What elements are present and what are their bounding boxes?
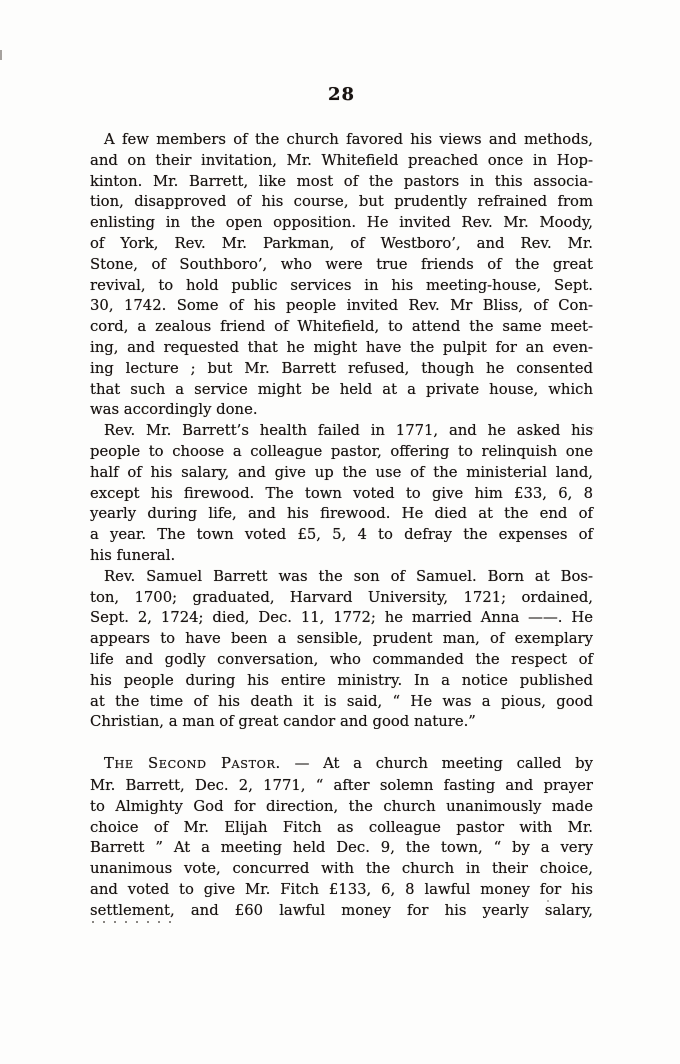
scan-speck <box>547 900 549 902</box>
text-line: tion, disapproved of his course, but pru… <box>90 192 593 213</box>
text-line: ing, and requested that he might have th… <box>90 338 593 359</box>
text-line: Rev. Samuel Barrett was the son of Samue… <box>90 567 593 588</box>
text-line: appears to have been a sensible, prudent… <box>90 629 593 650</box>
text-line: his people during his entire ministry. I… <box>90 671 593 692</box>
text-block: A few members of the church favored his … <box>90 130 593 921</box>
text-line: A few members of the church favored his … <box>90 130 593 151</box>
text-line: THE SECOND PASTOR. — At a church meeting… <box>90 754 593 776</box>
text-line: cord, a zealous friend of Whitefield, to… <box>90 317 593 338</box>
scan-speck <box>0 50 2 60</box>
para-health: Rev. Mr. Barrett’s health failed in 1771… <box>90 421 593 567</box>
section-heading: THE SECOND PASTOR. <box>104 755 281 772</box>
text-line: Rev. Mr. Barrett’s health failed in 1771… <box>90 421 593 442</box>
text-line: people to choose a colleague pastor, off… <box>90 442 593 463</box>
text-line: and voted to give Mr. Fitch £133, 6, 8 l… <box>90 880 593 901</box>
text-line: revival, to hold public services in his … <box>90 276 593 297</box>
text-line: that such a service might be held at a p… <box>90 380 593 401</box>
text-line: 30, 1742. Some of his people invited Rev… <box>90 296 593 317</box>
text-line: of York, Rev. Mr. Parkman, of Westboro’,… <box>90 234 593 255</box>
text-line: life and godly conversation, who command… <box>90 650 593 671</box>
text-line: enlisting in the open opposition. He inv… <box>90 213 593 234</box>
scan-speck <box>92 921 180 923</box>
text-line: ton, 1700; graduated, Harvard University… <box>90 588 593 609</box>
text-line: yearly during life, and his firewood. He… <box>90 504 593 525</box>
para-second-pastor: THE SECOND PASTOR. — At a church meeting… <box>90 754 593 921</box>
para-whitefield: A few members of the church favored his … <box>90 130 593 421</box>
text-line: choice of Mr. Elijah Fitch as colleague … <box>90 818 593 839</box>
text-line: Mr. Barrett, Dec. 2, 1771, “ after solem… <box>90 776 593 797</box>
text-line: Stone, of Southboro’, who were true frie… <box>90 255 593 276</box>
text-line: was accordingly done. <box>90 400 593 421</box>
text-line: ing lecture ; but Mr. Barrett refused, t… <box>90 359 593 380</box>
text-line: kinton. Mr. Barrett, like most of the pa… <box>90 172 593 193</box>
text-line: at the time of his death it is said, “ H… <box>90 692 593 713</box>
para-biography: Rev. Samuel Barrett was the son of Samue… <box>90 567 593 733</box>
page-number: 28 <box>90 84 593 105</box>
text-line: Sept. 2, 1724; died, Dec. 11, 1772; he m… <box>90 608 593 629</box>
text-line: half of his salary, and give up the use … <box>90 463 593 484</box>
text-line: Christian, a man of great candor and goo… <box>90 712 593 733</box>
text-line: his funeral. <box>90 546 593 567</box>
text-line: a year. The town voted £5, 5, 4 to defra… <box>90 525 593 546</box>
text-line: to Almighty God for direction, the churc… <box>90 797 593 818</box>
text-line: except his firewood. The town voted to g… <box>90 484 593 505</box>
scan-speck <box>591 427 594 430</box>
text-line: settlement, and £60 lawful money for his… <box>90 901 593 922</box>
text-line: unanimous vote, concurred with the churc… <box>90 859 593 880</box>
text-line: Barrett ” At a meeting held Dec. 9, the … <box>90 838 593 859</box>
text-line: and on their invitation, Mr. Whitefield … <box>90 151 593 172</box>
